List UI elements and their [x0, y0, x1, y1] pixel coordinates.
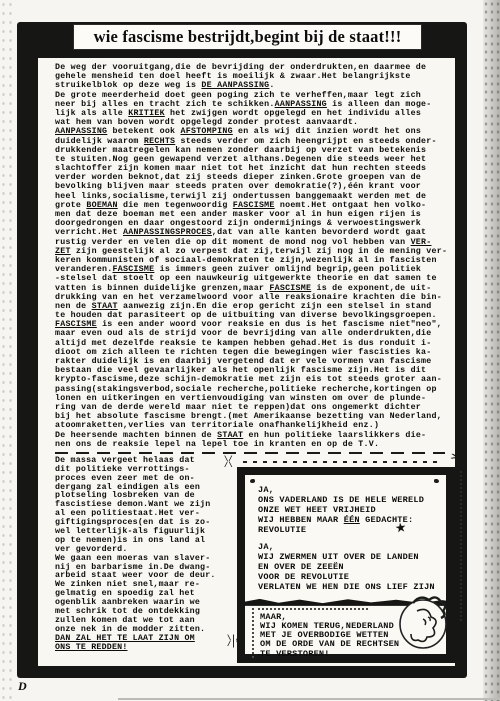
text-line: AANPASSING betekent ook AFSTOMPING en al…	[55, 127, 449, 136]
text-line: heel links,socialisme,terwijl zij ondert…	[55, 192, 449, 201]
text-line: lijk als alle KRITIEK het zwijgen wordt …	[55, 109, 449, 118]
text-line: neer bij alles en tracht zich te schikke…	[55, 100, 449, 109]
text-line: wat hem van boven wordt opgelegd zonder …	[55, 118, 449, 127]
scissors-icon: ✂	[448, 447, 465, 468]
text-line: bij het absolute fascisme brengt.(met Am…	[55, 412, 449, 421]
text-line: duidelijk waarom RECHTS steeds verder om…	[55, 137, 449, 146]
text-line: gehele mensheid ten doel heeft is moeili…	[55, 72, 449, 81]
text-line: WIJ ZWERMEN UIT OVER DE LANDEN	[258, 552, 446, 562]
text-line: keren kommunisten of sociaal-demokraten …	[55, 256, 449, 265]
text-line: struikelblok op deze weg is DE AANPASSIN…	[55, 81, 449, 90]
text-line: ONZE WET HEET VRIJHEID	[258, 505, 446, 515]
pamphlet-page: De weg der vooruitgang,die de bevrijding…	[0, 0, 500, 701]
x-reference-mark: \/ /\	[224, 457, 233, 469]
bottom-scan-line	[118, 698, 500, 700]
text-line: WIJ HEBBEN MAAR ÉÉN GEDACHTE:	[258, 515, 446, 525]
text-line: verricht.Het AANPASSINGSPROCES,dat van a…	[55, 228, 449, 237]
text-line: JA,	[258, 485, 446, 495]
text-line: lonen en uitkeringen en vertienvoudiging…	[55, 394, 449, 403]
text-line: ONS VADERLAND IS DE HELE WERELD	[258, 495, 446, 505]
text-line: bevolking blijven maar steeds praten ove…	[55, 182, 449, 191]
text-line: slachtoffer zijn komen maar niet tot het…	[55, 164, 449, 173]
left-scan-noise	[0, 0, 14, 701]
cut-line-top: ✂	[237, 457, 455, 467]
text-line: veranderen.FASCISME is immers geen zuive…	[55, 265, 449, 274]
stanza-ja-1: JA,ONS VADERLAND IS DE HELE WERELDONZE W…	[258, 485, 446, 535]
text-line: men dat deze boeman met een ander masker…	[55, 210, 449, 219]
text-line: -stelsel dat stoelt op een nauwkeurig ui…	[55, 274, 449, 283]
text-line: te houden dat parasiteert op de uitbuiti…	[55, 311, 449, 320]
head-sketch-drawing	[397, 591, 451, 651]
text-line: doorgedrongen en daar ongestoord zijn on…	[55, 219, 449, 228]
text-line: ONS TE REDDEN!	[55, 644, 235, 653]
page-marker: D	[18, 679, 27, 694]
title-banner: wie fascisme bestrijdt,begint bij de sta…	[74, 25, 421, 49]
cutout-coupon: ✂ JA,ONS VADERLAND IS DE HELE WERELDONZE…	[237, 457, 455, 663]
text-line: te stuiten.Nog geen gewapend verzet alth…	[55, 155, 449, 164]
poem-panel: JA,ONS VADERLAND IS DE HELE WERELDONZE W…	[245, 475, 446, 654]
text-line: De heersende machten binnen de STAAT en …	[55, 431, 449, 440]
text-line: atoomraketten,verlies van territoriale o…	[55, 421, 449, 430]
left-column-text: De massa vergeet helaas datdit politieke…	[55, 457, 235, 663]
text-line: dioot om zich alleen te richten tegen di…	[55, 348, 449, 357]
text-line: ZET zijn geestelijk al zo verpest dat zi…	[55, 247, 449, 256]
text-line: REVOLUTIE	[258, 525, 446, 535]
text-line: passing(stakingsverbod,sociale recherche…	[55, 385, 449, 394]
text-line: ring van de derde wereld maar niet te re…	[55, 403, 449, 412]
text-line: vatten is binnen duidelijke grenzen,maar…	[55, 284, 449, 293]
right-scan-noise	[483, 0, 500, 701]
text-line: JA,	[258, 542, 446, 552]
stanza-ja-2: JA,WIJ ZWERMEN UIT OVER DE LANDENEN OVER…	[258, 542, 446, 592]
text-line: rakter duidelijk is en daarbij vergetend…	[55, 357, 449, 366]
text-line: maar even oud als de strijd voor de bevr…	[55, 329, 449, 338]
text-line: nen ons de reaksie lepel na lepel toe in…	[55, 440, 449, 449]
text-line: EN OVER DE ZEEËN	[258, 562, 446, 572]
text-line: drukkender maatregelen kan nemen zonder …	[55, 146, 449, 155]
main-text-block: De weg der vooruitgang,die de bevrijding…	[38, 58, 455, 449]
text-line: nen de STAAT aanwezig zijn.En die erop g…	[55, 302, 449, 311]
text-line: grote BOEMAN die men tegenwoordig FASCIS…	[55, 201, 449, 210]
page-frame: De weg der vooruitgang,die de bevrijding…	[17, 22, 467, 678]
content-area: De weg der vooruitgang,die de bevrijding…	[38, 58, 455, 666]
text-line: rustig verder en velen die op dit moment…	[55, 238, 449, 247]
text-line: drukking van en het verzamelwoord voor a…	[55, 293, 449, 302]
dashed-separator	[55, 452, 445, 454]
text-line: VOOR DE REVOLUTIE	[258, 572, 446, 582]
text-line: bestaan die veel gevaarlijker als het op…	[55, 366, 449, 375]
text-line: De weg der vooruitgang,die de bevrijding…	[55, 63, 449, 72]
poem-box-frame: JA,ONS VADERLAND IS DE HELE WERELDONZE W…	[237, 467, 455, 663]
bottom-row: De massa vergeet helaas datdit politieke…	[38, 457, 455, 663]
text-line: altijd met dezelfde reaksie te kampen he…	[55, 339, 449, 348]
star-icon: ★	[394, 523, 407, 535]
cut-line-right	[460, 471, 462, 621]
text-line: De grote meerderheid doet geen poging zi…	[55, 91, 449, 100]
page-title: wie fascisme bestrijdt,begint bij de sta…	[94, 27, 402, 47]
text-line: krypto-fascisme,deze schijn-demokratie m…	[55, 375, 449, 384]
